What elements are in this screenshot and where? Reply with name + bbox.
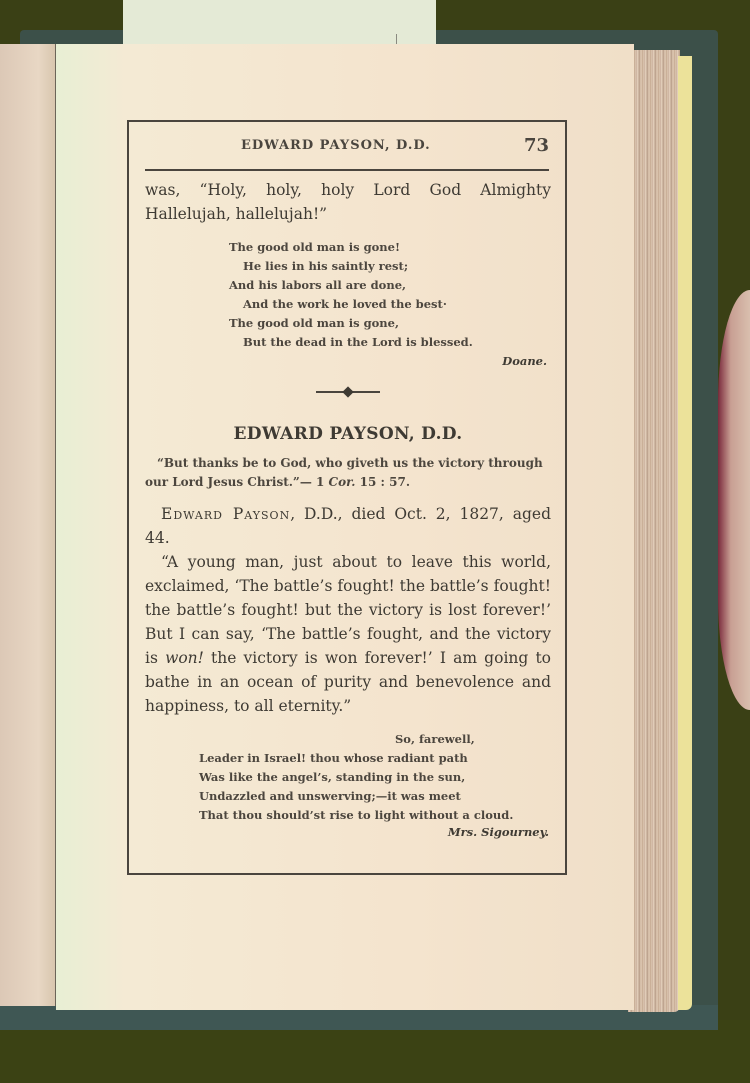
poem-line: And the work he loved the best·: [229, 295, 551, 314]
poem-line: The good old man is gone!: [229, 238, 551, 257]
bookmark-mark: [396, 34, 397, 44]
epigraph: “But thanks be to God, who giveth us the…: [145, 454, 551, 492]
continuation-paragraph: was, “Holy, holy, holy Lord God Almighty…: [145, 178, 551, 226]
poem-line: Was like the angel’s, standing in the su…: [199, 768, 551, 787]
section-divider-ornament: [316, 386, 380, 398]
bookmark-slip: [123, 0, 436, 48]
poem-line: So, farewell,: [199, 730, 551, 749]
divider-diamond: [342, 386, 353, 397]
poem-attribution: Doane.: [145, 354, 547, 368]
poem-line: That thou should’st rise to light withou…: [199, 806, 551, 825]
quote-paragraph: “A young man, just about to leave this w…: [145, 550, 551, 718]
poem-line: Leader in Israel! thou whose radiant pat…: [199, 749, 551, 768]
poem-line: And his labors all are done,: [229, 276, 551, 295]
page-edges: [628, 50, 680, 1012]
text-frame: EDWARD PAYSON, D.D. 73 was, “Holy, holy,…: [127, 120, 567, 875]
poem-line: The good old man is gone,: [229, 314, 551, 333]
quote-text-2: the victory is won forever!’ I am going …: [145, 649, 551, 715]
epigraph-ref-book: Cor.: [329, 475, 356, 489]
page-content: was, “Holy, holy, holy Lord God Almighty…: [145, 176, 551, 839]
poem-doane: The good old man is gone! He lies in his…: [229, 238, 551, 352]
background-object: [718, 290, 750, 710]
header-rule: [145, 169, 549, 171]
intro-paragraph: Edward Payson, D.D., died Oct. 2, 1827, …: [145, 502, 551, 550]
poem-line: But the dead in the Lord is blessed.: [229, 333, 551, 352]
running-head: EDWARD PAYSON, D.D. 73: [129, 138, 565, 158]
quote-emphasis: won!: [165, 649, 204, 667]
page-number: 73: [524, 135, 549, 156]
poem-sigourney: So, farewell, Leader in Israel! thou who…: [199, 730, 551, 825]
intro-name: Edward Payson: [161, 505, 290, 523]
left-page: [0, 44, 56, 1006]
gilt-edge: [678, 56, 692, 1010]
poem-attribution: Mrs. Sigourney.: [145, 825, 549, 839]
running-head-title: EDWARD PAYSON, D.D.: [241, 138, 431, 153]
poem-line: He lies in his saintly rest;: [229, 257, 551, 276]
epigraph-ref-verse: 15 : 57.: [355, 475, 410, 489]
section-title: EDWARD PAYSON, D.D.: [145, 424, 551, 444]
poem-line: Undazzled and unswerving;—it was meet: [199, 787, 551, 806]
